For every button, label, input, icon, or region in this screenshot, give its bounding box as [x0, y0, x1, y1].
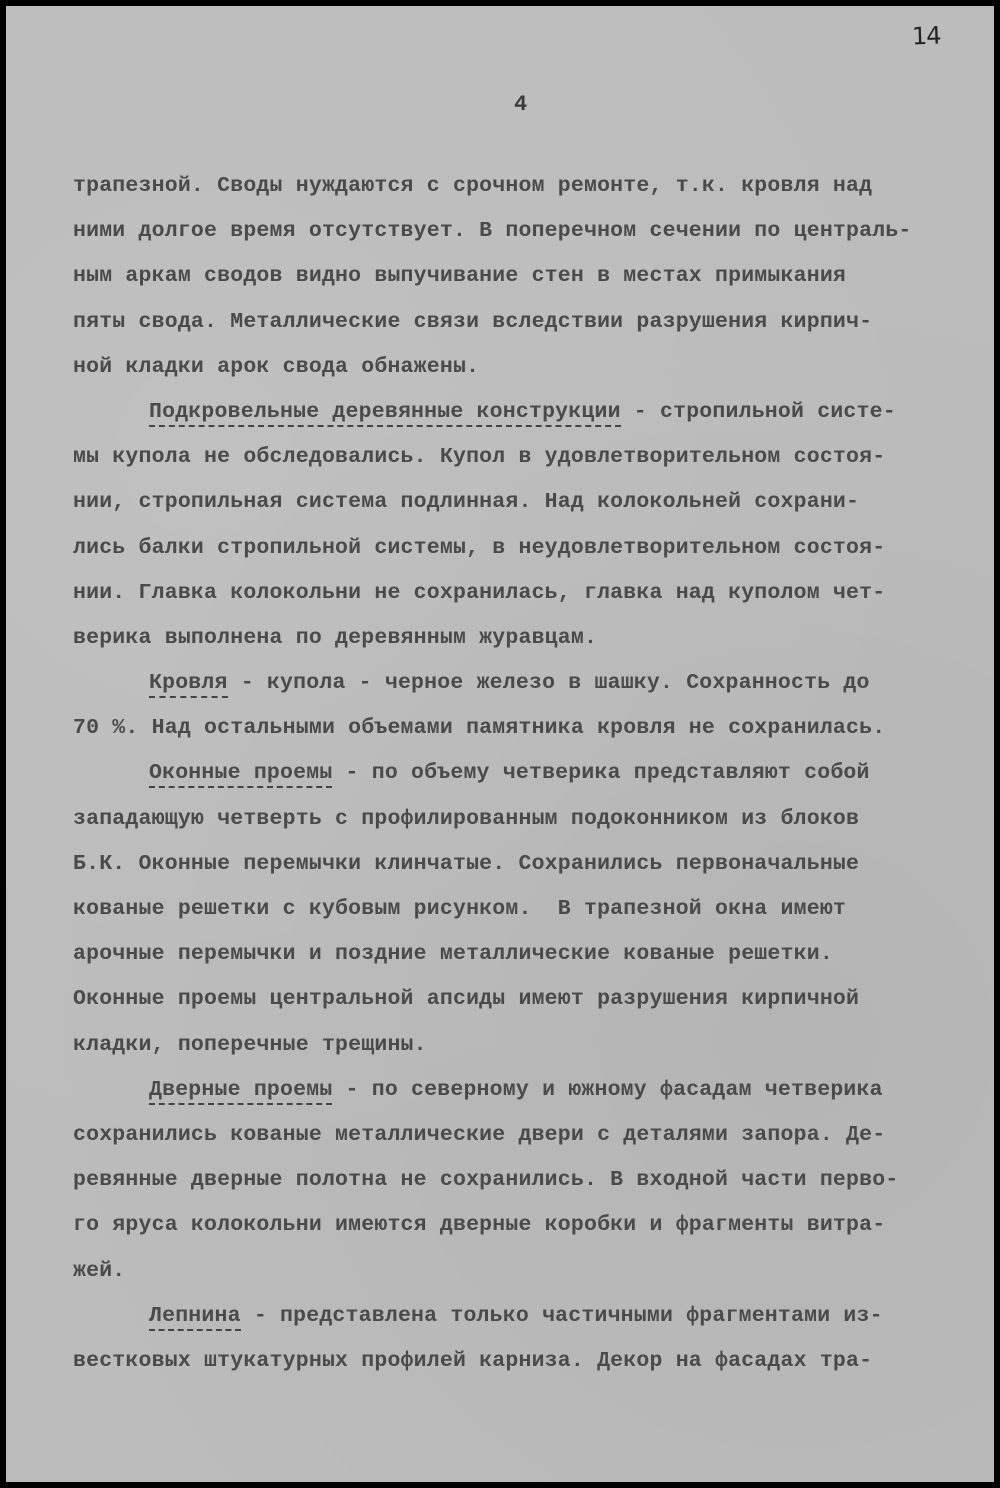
document-body: трапезной. Своды нуждаются с срочном рем…: [73, 164, 973, 1384]
text-line: Оконные проемы центральной апсиды имеют …: [73, 977, 973, 1022]
text-line: жей.: [73, 1249, 973, 1294]
section-term: Лепнина: [149, 1304, 241, 1331]
text-line: Лепнина - представлена только частичными…: [73, 1294, 973, 1339]
text-line: трапезной. Своды нуждаются с срочном рем…: [73, 164, 973, 209]
text-line: Оконные проемы - по объему четверика пре…: [73, 751, 973, 796]
text-line: го яруса колокольни имеются дверные коро…: [73, 1203, 973, 1248]
text-line: мы купола не обследовались. Купол в удов…: [73, 435, 973, 480]
text-line: Подкровельные деревянные конструкции - с…: [73, 390, 973, 435]
text-line: пяты свода. Металлические связи вследств…: [73, 300, 973, 345]
paragraph-roof-timber-structures: Подкровельные деревянные конструкции - с…: [73, 390, 973, 661]
section-term: Кровля: [149, 671, 228, 698]
handwritten-sheet-number: 14: [912, 22, 942, 51]
text-line: ними долгое время отсутствует. В попереч…: [73, 209, 973, 254]
text-line: нии. Главка колокольни не сохранилась, г…: [73, 571, 973, 616]
section-term: Подкровельные деревянные конструкции: [149, 400, 621, 427]
text-line: кованые решетки с кубовым рисунком. В тр…: [73, 887, 973, 932]
text-line: ным аркам сводов видно выпучивание стен …: [73, 254, 973, 299]
text-line: арочные перемычки и поздние металлически…: [73, 932, 973, 977]
text-line: ной кладки арок свода обнажены.: [73, 345, 973, 390]
text-line: вестковых штукатурных профилей карниза. …: [73, 1339, 973, 1384]
section-term: Дверные проемы: [149, 1078, 332, 1105]
text-line: сохранились кованые металлические двери …: [73, 1113, 973, 1158]
text-line: верика выполнена по деревянным журавцам.: [73, 616, 973, 661]
text-line: Б.К. Оконные перемычки клинчатые. Сохран…: [73, 842, 973, 887]
section-term: Оконные проемы: [149, 761, 332, 788]
text-line: 70 %. Над остальными объемами памятника …: [73, 706, 973, 751]
text-line: кладки, поперечные трещины.: [73, 1023, 973, 1068]
page-number: 4: [514, 92, 527, 117]
paragraph-stucco: Лепнина - представлена только частичными…: [73, 1294, 973, 1384]
text-line: Кровля - купола - черное железо в шашку.…: [73, 661, 973, 706]
paragraph-door-openings: Дверные проемы - по северному и южному ф…: [73, 1068, 973, 1294]
paragraph-window-openings: Оконные проемы - по объему четверика пре…: [73, 751, 973, 1067]
text-line: ревянные дверные полотна не сохранились.…: [73, 1158, 973, 1203]
paragraph-vaults: трапезной. Своды нуждаются с срочном рем…: [73, 164, 973, 390]
text-line: нии, стропильная система подлинная. Над …: [73, 480, 973, 525]
text-line: Дверные проемы - по северному и южному ф…: [73, 1068, 973, 1113]
text-line: лись балки стропильной системы, в неудов…: [73, 526, 973, 571]
paragraph-roofing: Кровля - купола - черное железо в шашку.…: [73, 661, 973, 751]
text-line: западающую четверть с профилированным по…: [73, 797, 973, 842]
document-page: 14 4 трапезной. Своды нуждаются с срочно…: [6, 6, 994, 1482]
